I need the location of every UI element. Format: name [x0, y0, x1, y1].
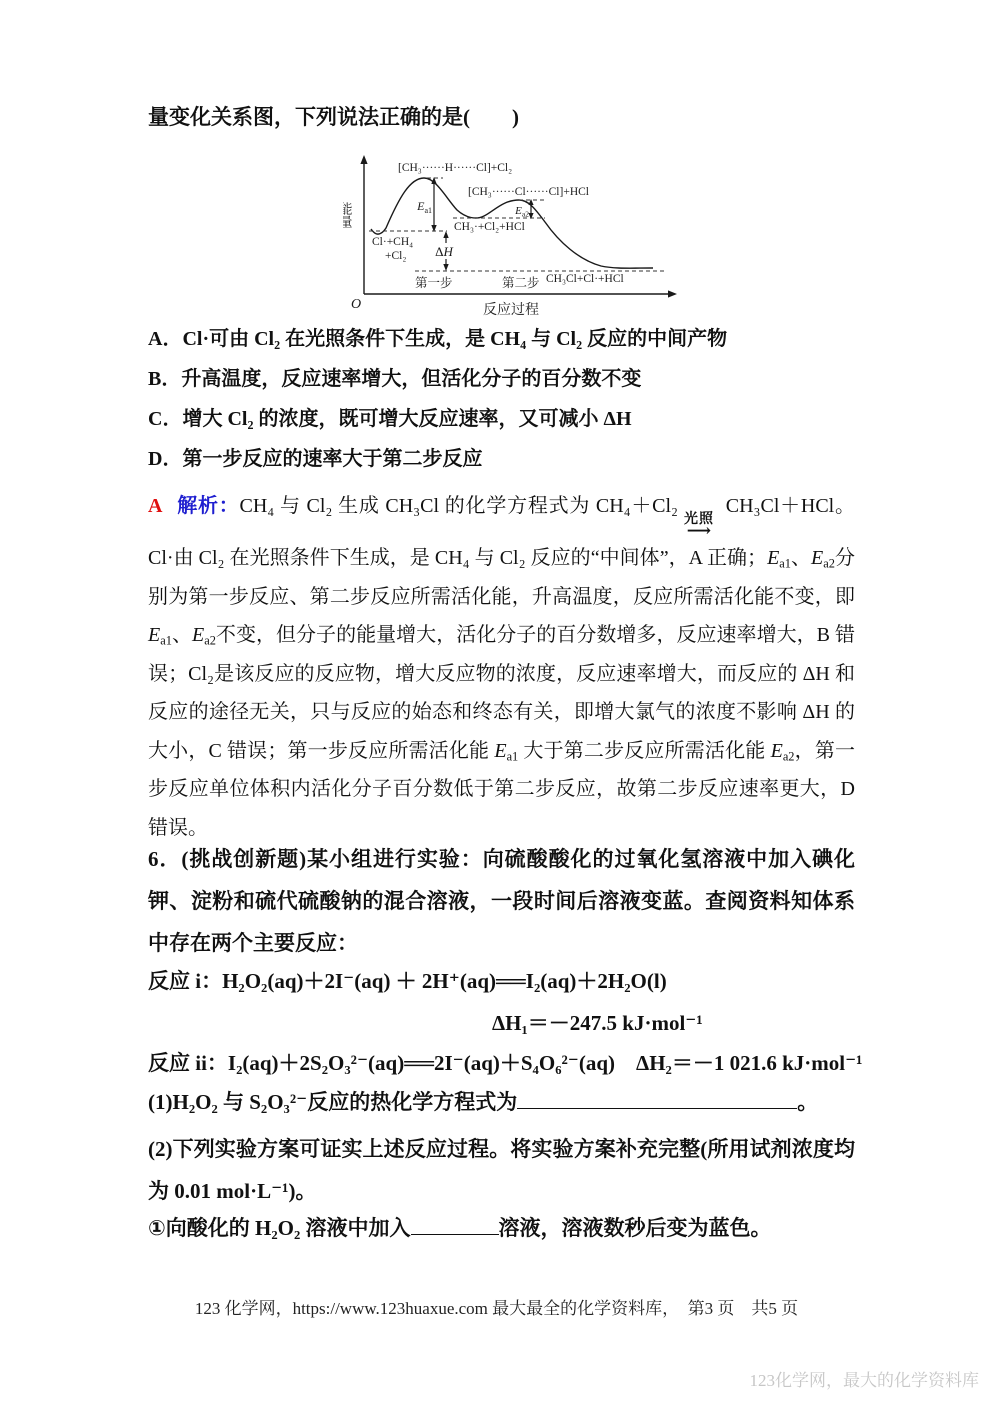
ea1-symbol: E: [767, 547, 779, 569]
reactant-label-1: Cl·+CH₄: [372, 236, 413, 248]
ts1-label: [CH₃······H······Cl]+Cl₂: [398, 162, 512, 174]
ea2-symbol: E: [192, 624, 204, 646]
right-arrow-icon: ⟶: [687, 522, 711, 539]
analysis-label: 解析：: [176, 495, 239, 517]
watermark: 123化学网，最大的化学资料库: [750, 1366, 980, 1391]
ea2-arrow: [528, 199, 533, 219]
step1-label: 第一步: [415, 275, 453, 290]
energy-diagram: Ea1 Ea2 ΔH [CH₃······H······Cl]+Cl₂ [CH₃…: [343, 150, 688, 322]
analysis-text: 大于第二步反应所需活化能: [518, 740, 770, 762]
y-axis-arrow-icon: [360, 155, 367, 164]
product-label: CH₃Cl+Cl·+HCl: [546, 273, 624, 285]
option-a: A．Cl·可由 Cl₂ 在光照条件下生成，是 CH₄ 与 Cl₂ 反应的中间产物: [148, 325, 868, 353]
ts2-label: [CH₃······Cl······Cl]+HCl: [468, 186, 589, 198]
ea1-symbol: E: [494, 740, 506, 762]
page-footer: 123 化学网，https://www.123huaxue.com 最大最全的化…: [0, 1294, 993, 1319]
sub-question-3: ①向酸化的 H₂O₂ 溶液中加入溶液，溶液数秒后变为蓝色。: [148, 1212, 868, 1243]
reaction-ii: 反应 ii：I₂(aq)＋2S₂O₃²⁻(aq)══2I⁻(aq)＋S₄O₆²⁻…: [148, 1048, 862, 1078]
x-axis-title: 反应过程: [483, 301, 539, 317]
reaction-condition-arrow: 光照⟶: [684, 513, 714, 539]
reaction-i: 反应 i：H₂O₂(aq)＋2I⁻(aq) ＋ 2H⁺(aq)══I₂(aq)＋…: [148, 966, 667, 996]
option-c: C．增大 Cl₂ 的浓度，既可增大反应速率，又可减小 ΔH: [148, 405, 868, 433]
sub-question-2: (2)下列实验方案可证实上述反应过程。将实验方案补充完整(所用试剂浓度均为 0.…: [148, 1128, 855, 1212]
ea2-symbol: E: [771, 740, 783, 762]
y-axis: [360, 155, 367, 294]
delta-h-label: ΔH: [435, 244, 453, 259]
answer-analysis: A解析：CH₄ 与 Cl₂ 生成 CH₃Cl 的化学方程式为 CH₄＋Cl₂光照…: [148, 487, 855, 847]
answer-blank-line: [517, 1086, 797, 1109]
delta-h1-value: ΔH₁＝－247.5 kJ·mol⁻¹: [492, 1008, 703, 1038]
energy-diagram-svg: Ea1 Ea2 ΔH [CH₃······H······Cl]+Cl₂ [CH₃…: [343, 150, 688, 322]
answer-letter: A: [148, 495, 162, 517]
y-axis-title: 能量: [343, 201, 353, 228]
question-6-stem: 6．(挑战创新题)某小组进行实验：向硫酸酸化的过氧化氢溶液中加入碘化钾、淀粉和硫…: [148, 838, 855, 964]
x-axis: [364, 290, 677, 297]
answer-blank-line: [411, 1212, 499, 1235]
ea2-label: Ea2: [514, 205, 529, 219]
option-b: B．升高温度，反应速率增大，但活化分子的百分数不变: [148, 365, 868, 393]
analysis-text: CH₄ 与 Cl₂ 生成 CH₃Cl 的化学方程式为 CH₄＋Cl₂: [239, 495, 678, 517]
sub-question-1: (1)H₂O₂ 与 S₂O₃²⁻反应的热化学方程式为。: [148, 1086, 868, 1117]
x-axis-arrow-icon: [668, 290, 677, 297]
question-stem: 量变化关系图，下列说法正确的是( ): [148, 96, 855, 138]
option-d: D．第一步反应的速率大于第二步反应: [148, 445, 868, 473]
step2-label: 第二步: [502, 275, 540, 290]
ea1-label: Ea1: [416, 199, 432, 215]
ea1-arrow: [431, 177, 436, 232]
intermediate-label: CH₃·+Cl₂+HCl: [454, 221, 525, 233]
ea1-symbol: E: [148, 624, 160, 646]
reactant-label-2: +Cl₂: [385, 250, 406, 262]
origin-label: O: [351, 297, 361, 312]
ea2-symbol: E: [811, 547, 823, 569]
